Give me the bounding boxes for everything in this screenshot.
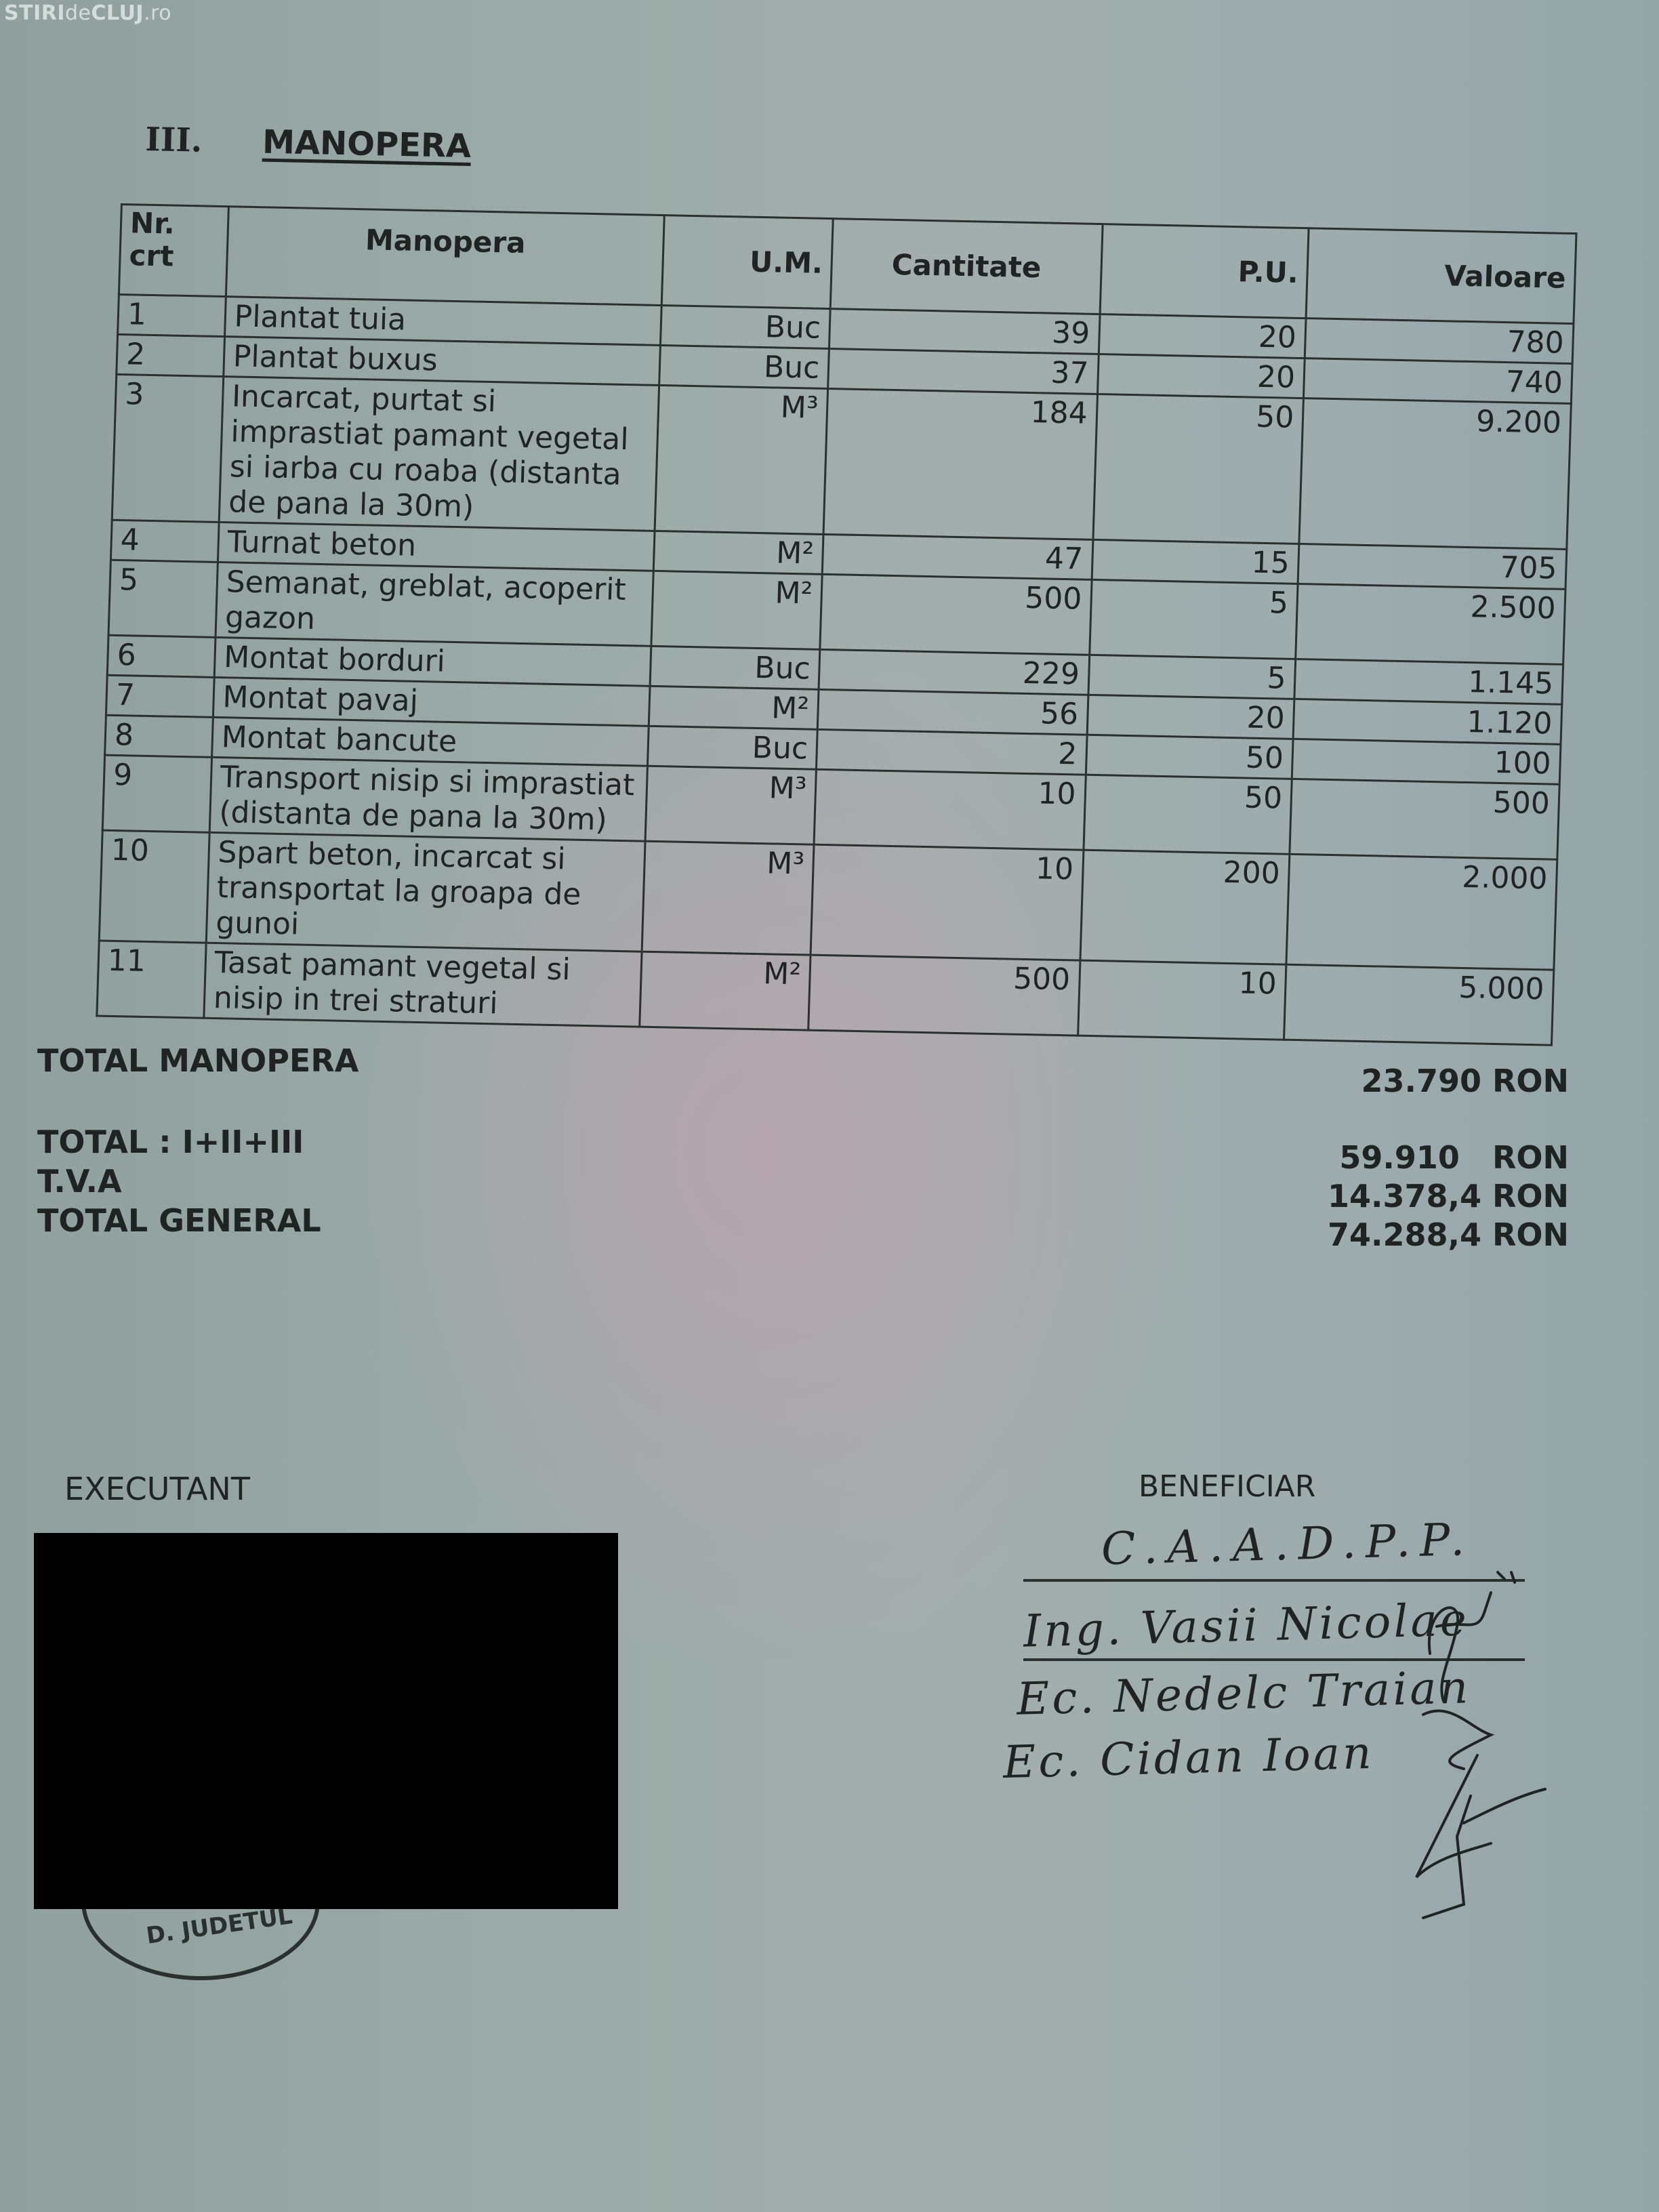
row-value: 500 <box>1290 779 1559 859</box>
row-value: 1.145 <box>1294 659 1563 704</box>
row-unit: Buc <box>647 726 817 769</box>
row-quantity: 37 <box>828 349 1099 394</box>
tva-value: 14.378,4 RON <box>1328 1178 1569 1214</box>
total-general-label: TOTAL GENERAL <box>37 1202 321 1239</box>
row-number: 10 <box>99 830 209 943</box>
row-unit-price: 50 <box>1086 735 1293 779</box>
total-manopera-label: TOTAL MANOPERA <box>37 1042 359 1079</box>
row-quantity: 10 <box>814 769 1086 850</box>
total-general-value: 74.288,4 RON <box>1328 1216 1569 1253</box>
total-sections-value: 59.910 RON <box>1339 1139 1569 1176</box>
row-quantity: 500 <box>820 574 1092 655</box>
row-unit-price: 20 <box>1097 354 1305 398</box>
row-unit: M³ <box>645 766 817 844</box>
row-manopera: Tasat pamant vegetal si nisip in trei st… <box>204 943 642 1027</box>
row-unit-price: 50 <box>1092 394 1303 544</box>
row-value: 100 <box>1292 739 1561 784</box>
row-quantity: 47 <box>822 534 1092 579</box>
row-number: 2 <box>117 334 225 376</box>
handwritten-name: Ec. Cidan Ioan <box>1002 1727 1374 1788</box>
header-pu: P.U. <box>1100 224 1309 319</box>
row-unit: M² <box>639 951 811 1030</box>
row-unit: M² <box>649 686 819 729</box>
manopera-table: Nr. crt Manopera U.M. Cantitate P.U. Val… <box>96 203 1577 1046</box>
row-number: 4 <box>110 520 219 562</box>
manopera-table-wrapper: Nr. crt Manopera U.M. Cantitate P.U. Val… <box>96 203 1577 1046</box>
row-unit: Buc <box>660 306 830 349</box>
row-unit-price: 20 <box>1099 314 1306 359</box>
row-number: 1 <box>118 294 226 336</box>
row-unit: M² <box>653 531 823 574</box>
row-value: 780 <box>1305 319 1574 364</box>
row-unit-price: 15 <box>1092 539 1299 583</box>
row-unit-price: 200 <box>1080 850 1290 964</box>
row-value: 705 <box>1298 544 1567 590</box>
row-unit-price: 5 <box>1088 655 1295 699</box>
row-value: 9.200 <box>1299 398 1571 550</box>
row-value: 2.500 <box>1296 583 1565 664</box>
row-number: 3 <box>112 374 223 522</box>
row-value: 1.120 <box>1293 699 1562 744</box>
header-manopera: Manopera <box>226 207 664 306</box>
row-quantity: 39 <box>829 309 1100 354</box>
header-nr-crt: Nr. crt <box>119 205 228 297</box>
row-unit: M³ <box>655 385 828 534</box>
beneficiar-label: BENEFICIAR <box>1139 1469 1315 1504</box>
row-unit-price: 5 <box>1089 579 1298 659</box>
document-page: III. MANOPERA Nr. crt Manopera U.M. Cant… <box>0 0 1659 2212</box>
executant-label: EXECUTANT <box>64 1471 250 1507</box>
row-quantity: 184 <box>823 389 1097 540</box>
total-manopera-value: 23.790 RON <box>1361 1063 1569 1099</box>
row-quantity: 2 <box>817 729 1087 775</box>
row-unit-price: 20 <box>1087 695 1294 739</box>
header-um: U.M. <box>661 216 834 309</box>
handwritten-name: Ing. Vasii Nicolae <box>1023 1593 1470 1657</box>
row-unit: M² <box>651 571 823 649</box>
row-number: 6 <box>107 635 216 677</box>
row-quantity: 56 <box>817 689 1088 735</box>
row-manopera: Transport nisip si imprastiat (distanta … <box>209 757 647 841</box>
table-row: 3Incarcat, purtat si imprastiat pamant v… <box>112 374 1571 549</box>
header-cantitate: Cantitate <box>830 219 1102 314</box>
row-unit: Buc <box>650 646 820 689</box>
row-number: 7 <box>106 675 214 717</box>
row-number: 11 <box>97 941 206 1018</box>
row-value: 5.000 <box>1284 964 1554 1045</box>
row-unit: M³ <box>642 841 814 955</box>
section-title: MANOPERA <box>262 123 472 165</box>
row-unit: Buc <box>659 346 829 389</box>
row-number: 9 <box>102 755 211 832</box>
redaction-box <box>34 1533 618 1909</box>
row-quantity: 10 <box>811 844 1083 960</box>
row-quantity: 500 <box>808 955 1080 1036</box>
tva-label: T.V.A <box>37 1163 122 1200</box>
total-sections-label: TOTAL : I+II+III <box>37 1124 304 1160</box>
row-unit-price: 50 <box>1083 775 1292 854</box>
row-number: 8 <box>105 715 213 757</box>
section-number: III. <box>145 121 203 160</box>
row-unit-price: 10 <box>1078 960 1286 1040</box>
row-value: 2.000 <box>1286 854 1557 970</box>
row-number: 5 <box>108 560 218 637</box>
row-value: 740 <box>1304 359 1573 404</box>
section-heading: III. MANOPERA <box>145 121 472 165</box>
header-valoare: Valoare <box>1306 228 1576 324</box>
row-manopera: Incarcat, purtat si imprastiat pamant ve… <box>219 377 659 531</box>
handwritten-name: Ec. Nedelc Traian <box>1016 1661 1471 1725</box>
row-manopera: Spart beton, incarcat si transportat la … <box>206 832 645 951</box>
row-manopera: Semanat, greblat, acoperit gazon <box>216 562 653 646</box>
table-body: 1Plantat tuiaBuc39207802Plantat buxusBuc… <box>97 294 1574 1045</box>
row-quantity: 229 <box>819 649 1089 695</box>
signature-scribble-icon <box>1410 1552 1654 1945</box>
